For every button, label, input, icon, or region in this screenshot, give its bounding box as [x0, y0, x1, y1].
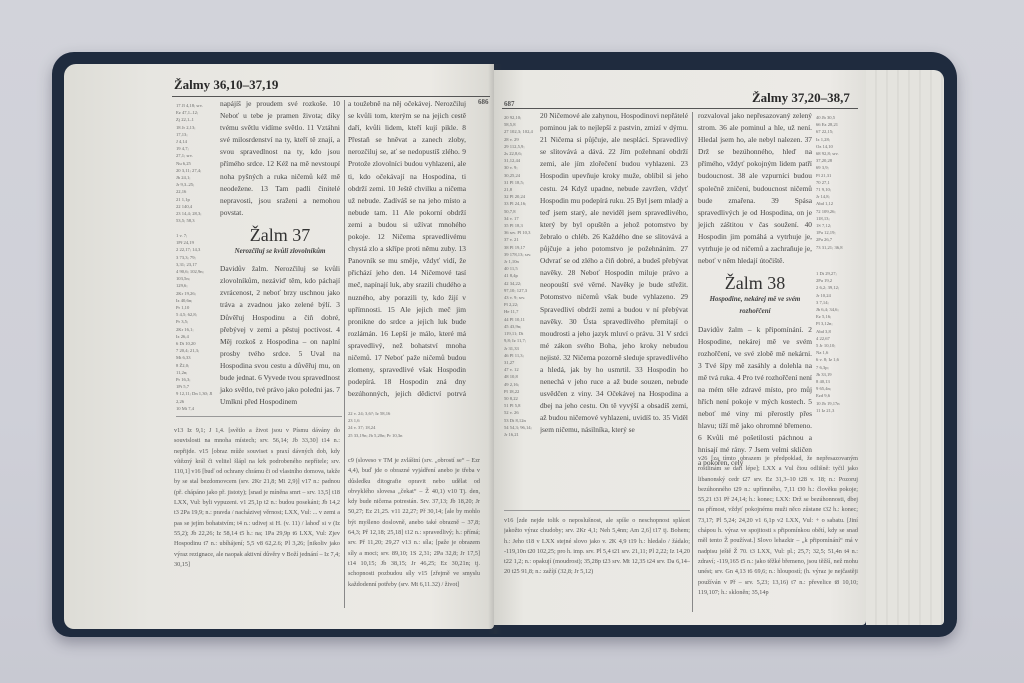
psalm-37-title: Žalm 37: [220, 229, 340, 241]
running-head-right: Žalmy 37,20–38,7: [752, 90, 850, 106]
psalm-38-subtitle: Hospodine, nekárej mě ve svém rozhořčení: [698, 293, 812, 317]
notes-rule: [176, 416, 342, 417]
verse-text: rozvaloval jako nepřesazovaný zelený str…: [698, 110, 812, 267]
verse-text: Davidův žalm. Nerozčiluj se kvůli zlovol…: [220, 263, 340, 408]
cross-references-right-b: 1 Dt 29,27; 2Pa 19,2 2 6,2; 39,12; Jr 10…: [816, 270, 860, 414]
header-rule: [172, 96, 490, 97]
cross-references-bottom: 1 v. 7; 1Př 24,19 2 22,17; 14,3 3 73,3; …: [176, 232, 216, 412]
footnotes-right-col2: v26 [za tímto obrazem je předpoklad, že …: [698, 454, 858, 610]
left-page: Žalmy 36,10–37,19 686 17 Jl 4,18; srv. E…: [64, 64, 494, 629]
text-column-1: 20 Ničemové ale zahynou, Hospodinovi nep…: [540, 110, 688, 510]
column-divider: [344, 100, 345, 608]
header-rule: [502, 108, 858, 109]
column-2-references: 22 v. 24; 3,6?; Iz 58,16 23 1,6 24 v. 37…: [348, 410, 466, 439]
verse-text: napájíš je proudem své rozkoše. 10 Neboť…: [220, 98, 340, 219]
page-edges: [866, 70, 944, 625]
running-head-left: Žalmy 36,10–37,19: [174, 77, 278, 93]
footnotes-left-col2: c9 (sloveso v TM je zvláštní (srv. „obro…: [348, 456, 480, 616]
verse-text: Davidův žalm – k připomínání. 2 Hospodin…: [698, 324, 812, 469]
cross-references-top: 17 Jl 4,18; srv. Ez 47,1–12; Zj 22,1–1 1…: [176, 102, 216, 224]
psalm-37-subtitle: Nerozčiluj se kvůli zlovolníkům: [220, 245, 340, 257]
footnotes-left: v13 Iz 9,1; J 1,4. [světlo a život jsou …: [174, 426, 340, 616]
psalm-38-title: Žalm 38: [698, 277, 812, 289]
cross-references-right: 40 Jb 30,5 66 Ez 28,21 67 22,15; Iz 1,28…: [816, 114, 860, 251]
footnotes-right-col1: v16 [zde nejde tolik o neposlušnost, ale…: [504, 516, 690, 596]
text-column-2: a toužebně na něj očekávej. Nerozčiluj s…: [348, 98, 466, 398]
cross-references-left: 20 92,10; 58,5,8 27 102,3; 102,4 28 v. 2…: [504, 114, 540, 438]
page-number-right: 687: [504, 100, 515, 108]
notes-rule: [504, 510, 690, 511]
right-page: 687 Žalmy 37,20–38,7 20 92,10; 58,5,8 27…: [494, 70, 866, 625]
column-divider: [692, 112, 693, 612]
text-column-2: rozvaloval jako nepřesazovaný zelený str…: [698, 110, 812, 469]
page-number-left: 686: [478, 98, 489, 106]
text-column-1: napájíš je proudem své rozkoše. 10 Neboť…: [220, 98, 340, 408]
